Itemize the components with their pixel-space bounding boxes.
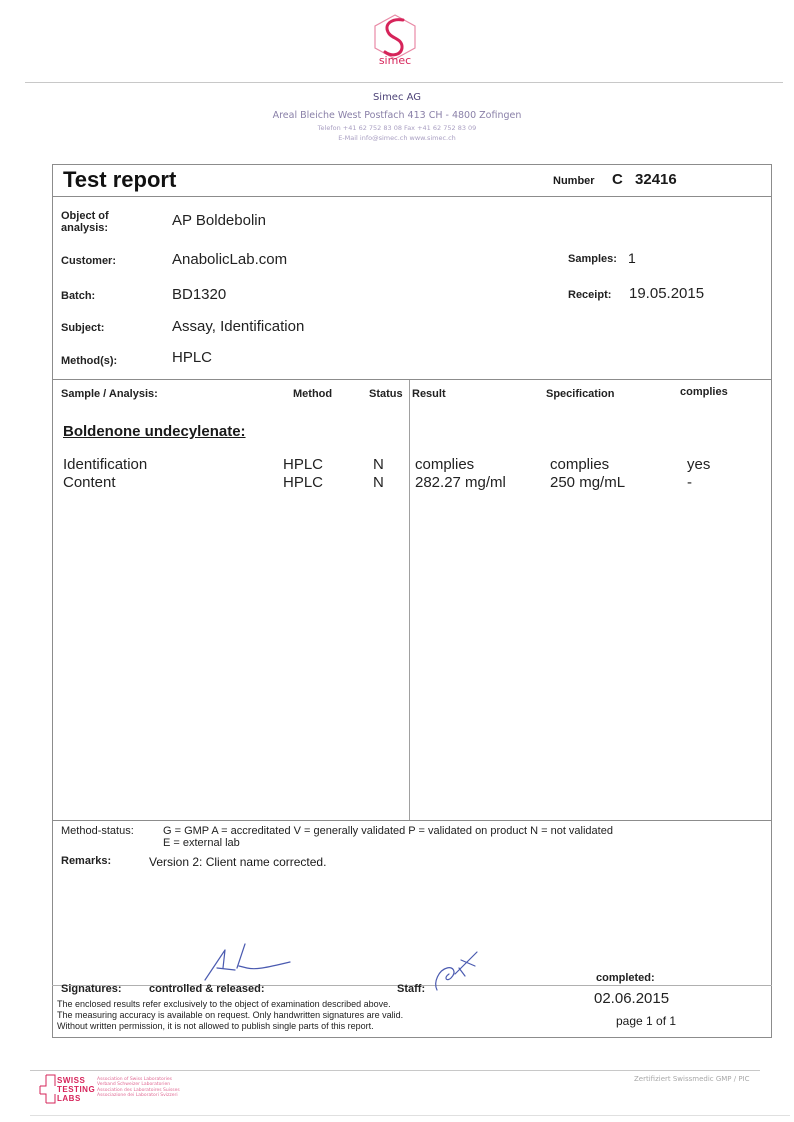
completed-label: completed:	[596, 972, 655, 984]
report-number: C 32416	[612, 171, 677, 188]
row-1-specification: complies	[550, 456, 609, 473]
method-status-legend: G = GMP A = accreditated V = generally v…	[163, 825, 613, 837]
method-value: HPLC	[172, 349, 212, 366]
method-status-label: Method-status:	[61, 825, 134, 837]
row-2-specification: 250 mg/mL	[550, 474, 625, 491]
receipt-label: Receipt:	[568, 289, 611, 301]
table-bottom-divider	[52, 820, 772, 821]
report-title: Test report	[63, 167, 176, 193]
signatures-label: Signatures:	[61, 983, 122, 995]
batch-value: BD1320	[172, 286, 226, 303]
subject-label: Subject:	[61, 322, 104, 334]
number-label: Number	[553, 175, 595, 187]
result-column-divider	[409, 380, 410, 820]
row-2-complies: -	[687, 474, 692, 491]
remarks-text: Version 2: Client name corrected.	[149, 855, 326, 869]
subject-value: Assay, Identification	[172, 318, 304, 335]
col-header-result: Result	[412, 388, 446, 400]
col-header-specification: Specification	[546, 388, 614, 400]
method-status-legend-2: E = external lab	[163, 837, 240, 849]
row-1-method: HPLC	[283, 456, 323, 473]
col-header-status: Status	[369, 388, 403, 400]
customer-label: Customer:	[61, 255, 116, 267]
company-address: Areal Bleiche West Postfach 413 CH - 480…	[0, 110, 794, 121]
method-label: Method(s):	[61, 355, 117, 367]
certification-text: Zertifiziert Swissmedic GMP / PIC	[634, 1075, 750, 1083]
remarks-label: Remarks:	[61, 855, 111, 867]
disclaimer-line-3: Without written permission, it is not al…	[57, 1021, 374, 1032]
header-divider	[25, 82, 783, 83]
row-2-method: HPLC	[283, 474, 323, 491]
disclaimer-line-1: The enclosed results refer exclusively t…	[57, 999, 391, 1010]
col-header-sample: Sample / Analysis:	[61, 388, 158, 400]
controller-signature-icon	[195, 938, 305, 988]
logo-text: simec	[370, 54, 420, 67]
swiss-testing-labs-cross-icon	[38, 1074, 58, 1104]
row-2-analysis: Content	[63, 474, 116, 491]
stl-desc-4: Associazione dei Laboratori Svizzeri	[97, 1093, 180, 1098]
stl-desc-2: Verband Schweizer Laboratorien	[97, 1082, 180, 1087]
row-1-status: N	[373, 456, 384, 473]
batch-label: Batch:	[61, 290, 95, 302]
stl-line-1: SWISS	[57, 1076, 95, 1085]
swiss-testing-labs-desc: Association of Swiss Laboratories Verban…	[97, 1077, 180, 1098]
info-divider	[52, 379, 772, 380]
row-1-analysis: Identification	[63, 456, 147, 473]
object-value: AP Boldebolin	[172, 212, 266, 229]
col-header-complies: complies	[680, 386, 728, 398]
row-1-complies: yes	[687, 456, 710, 473]
customer-value: AnabolicLab.com	[172, 251, 287, 268]
disclaimer-line-2: The measuring accuracy is available on r…	[57, 1010, 403, 1021]
samples-value: 1	[628, 250, 636, 266]
substance-heading: Boldenone undecylenate:	[63, 423, 246, 440]
row-2-status: N	[373, 474, 384, 491]
samples-label: Samples:	[568, 253, 617, 265]
company-email: E-Mail info@simec.ch www.simec.ch	[0, 134, 794, 142]
footer-bottom-divider	[30, 1115, 790, 1116]
completed-date: 02.06.2015	[594, 990, 669, 1007]
footer-divider	[30, 1070, 760, 1071]
object-label: Object of analysis:	[61, 210, 131, 234]
receipt-value: 19.05.2015	[629, 285, 704, 302]
staff-signature-icon	[425, 948, 495, 998]
title-divider	[52, 196, 772, 197]
stl-line-2: TESTING	[57, 1085, 95, 1094]
row-2-result: 282.27 mg/ml	[415, 474, 506, 491]
company-phone: Telefon +41 62 752 83 08 Fax +41 62 752 …	[0, 124, 794, 132]
number-prefix: C	[612, 171, 623, 188]
swiss-testing-labs-name: SWISS TESTING LABS	[57, 1076, 95, 1103]
company-name: Simec AG	[0, 92, 794, 103]
page-indicator: page 1 of 1	[616, 1014, 676, 1028]
stl-line-3: LABS	[57, 1094, 95, 1103]
col-header-method: Method	[293, 388, 332, 400]
staff-label: Staff:	[397, 983, 425, 995]
number-value: 32416	[635, 171, 677, 188]
controlled-released-label: controlled & released:	[149, 983, 265, 995]
row-1-result: complies	[415, 456, 474, 473]
